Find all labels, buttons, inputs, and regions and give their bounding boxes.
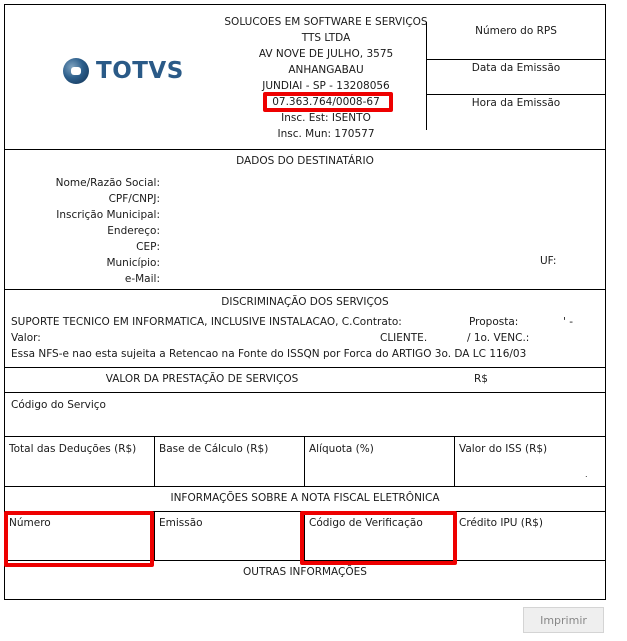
row-divider [4,436,606,437]
proposta-value: ' - [563,316,573,328]
company-line: Insc. Mun: 170577 [210,126,442,142]
proposta-label: Proposta: [469,316,518,328]
cliente-text: CLIENTE. [380,332,427,344]
company-line: SOLUCOES EM SOFTWARE E SERVIÇOS [210,14,442,30]
company-line: TTS LTDA [210,30,442,46]
totvs-logo-icon [63,58,89,84]
venc-label: / 1o. VENC.: [467,332,529,344]
services-description: SUPORTE TECNICO EM INFORMATICA, INCLUSIV… [11,316,402,328]
base-label: Base de Cálculo (R$) [159,443,268,455]
field-uf-label: UF: [540,255,556,267]
col-divider [154,436,155,486]
header-divider [426,22,427,130]
field-email-label: e-Mail: [10,271,160,287]
field-name-label: Nome/Razão Social: [10,175,160,191]
print-button[interactable]: Imprimir [523,607,604,633]
field-city-label: Município: [10,255,160,271]
nfe-info-title: INFORMAÇÕES SOBRE A NOTA FISCAL ELETRÔNI… [4,492,606,504]
other-info-title: OUTRAS INFORMAÇÕES [4,566,606,578]
valor-label: Valor: [11,332,41,344]
section-divider [4,367,606,368]
iss-value: . [585,470,588,479]
field-cep-label: CEP: [10,239,160,255]
field-address-label: Endereço: [10,223,160,239]
field-cpf-label: CPF/CNPJ: [10,191,160,207]
currency-label: R$ [474,373,488,385]
iss-label: Valor do ISS (R$) [459,443,547,455]
rate-label: Alíquota (%) [309,443,374,455]
totvs-logo: TOTVS [63,58,184,84]
iss-note: Essa NFS-e nao esta sujeita a Retencao n… [11,348,526,360]
value-title: VALOR DA PRESTAÇÃO DE SERVIÇOS [4,373,400,385]
company-info: SOLUCOES EM SOFTWARE E SERVIÇOS TTS LTDA… [210,14,442,142]
row-divider [4,392,606,393]
rps-divider [426,59,606,60]
section-divider [4,289,606,290]
emission-label: Emissão [159,517,203,529]
company-line: AV NOVE DE JULHO, 3575 [210,46,442,62]
recipient-title: DADOS DO DESTINATÁRIO [4,155,606,167]
rps-divider [426,94,606,95]
service-code-label: Código do Serviço [11,399,106,411]
recipient-fields: Nome/Razão Social: CPF/CNPJ: Inscrição M… [10,175,160,287]
col-divider [154,511,155,560]
company-line: ANHANGABAU [210,62,442,78]
field-municipal-reg-label: Inscrição Municipal: [10,207,160,223]
services-title: DISCRIMINAÇÃO DOS SERVIÇOS [4,296,606,308]
logo-text: TOTVS [96,58,184,84]
section-divider [4,486,606,487]
ipu-credit-label: Crédito IPU (R$) [459,517,543,529]
rps-number-label: Número do RPS [426,25,606,37]
verification-code-highlight [300,511,457,565]
section-divider [4,149,606,150]
company-line: Insc. Est: ISENTO [210,110,442,126]
col-divider [304,436,305,486]
col-divider [454,436,455,486]
issue-time-label: Hora da Emissão [426,97,606,109]
issue-date-label: Data da Emissão [426,62,606,74]
number-highlight [4,511,154,567]
cnpj-highlight [263,92,393,112]
deductions-label: Total das Deduções (R$) [9,443,136,455]
